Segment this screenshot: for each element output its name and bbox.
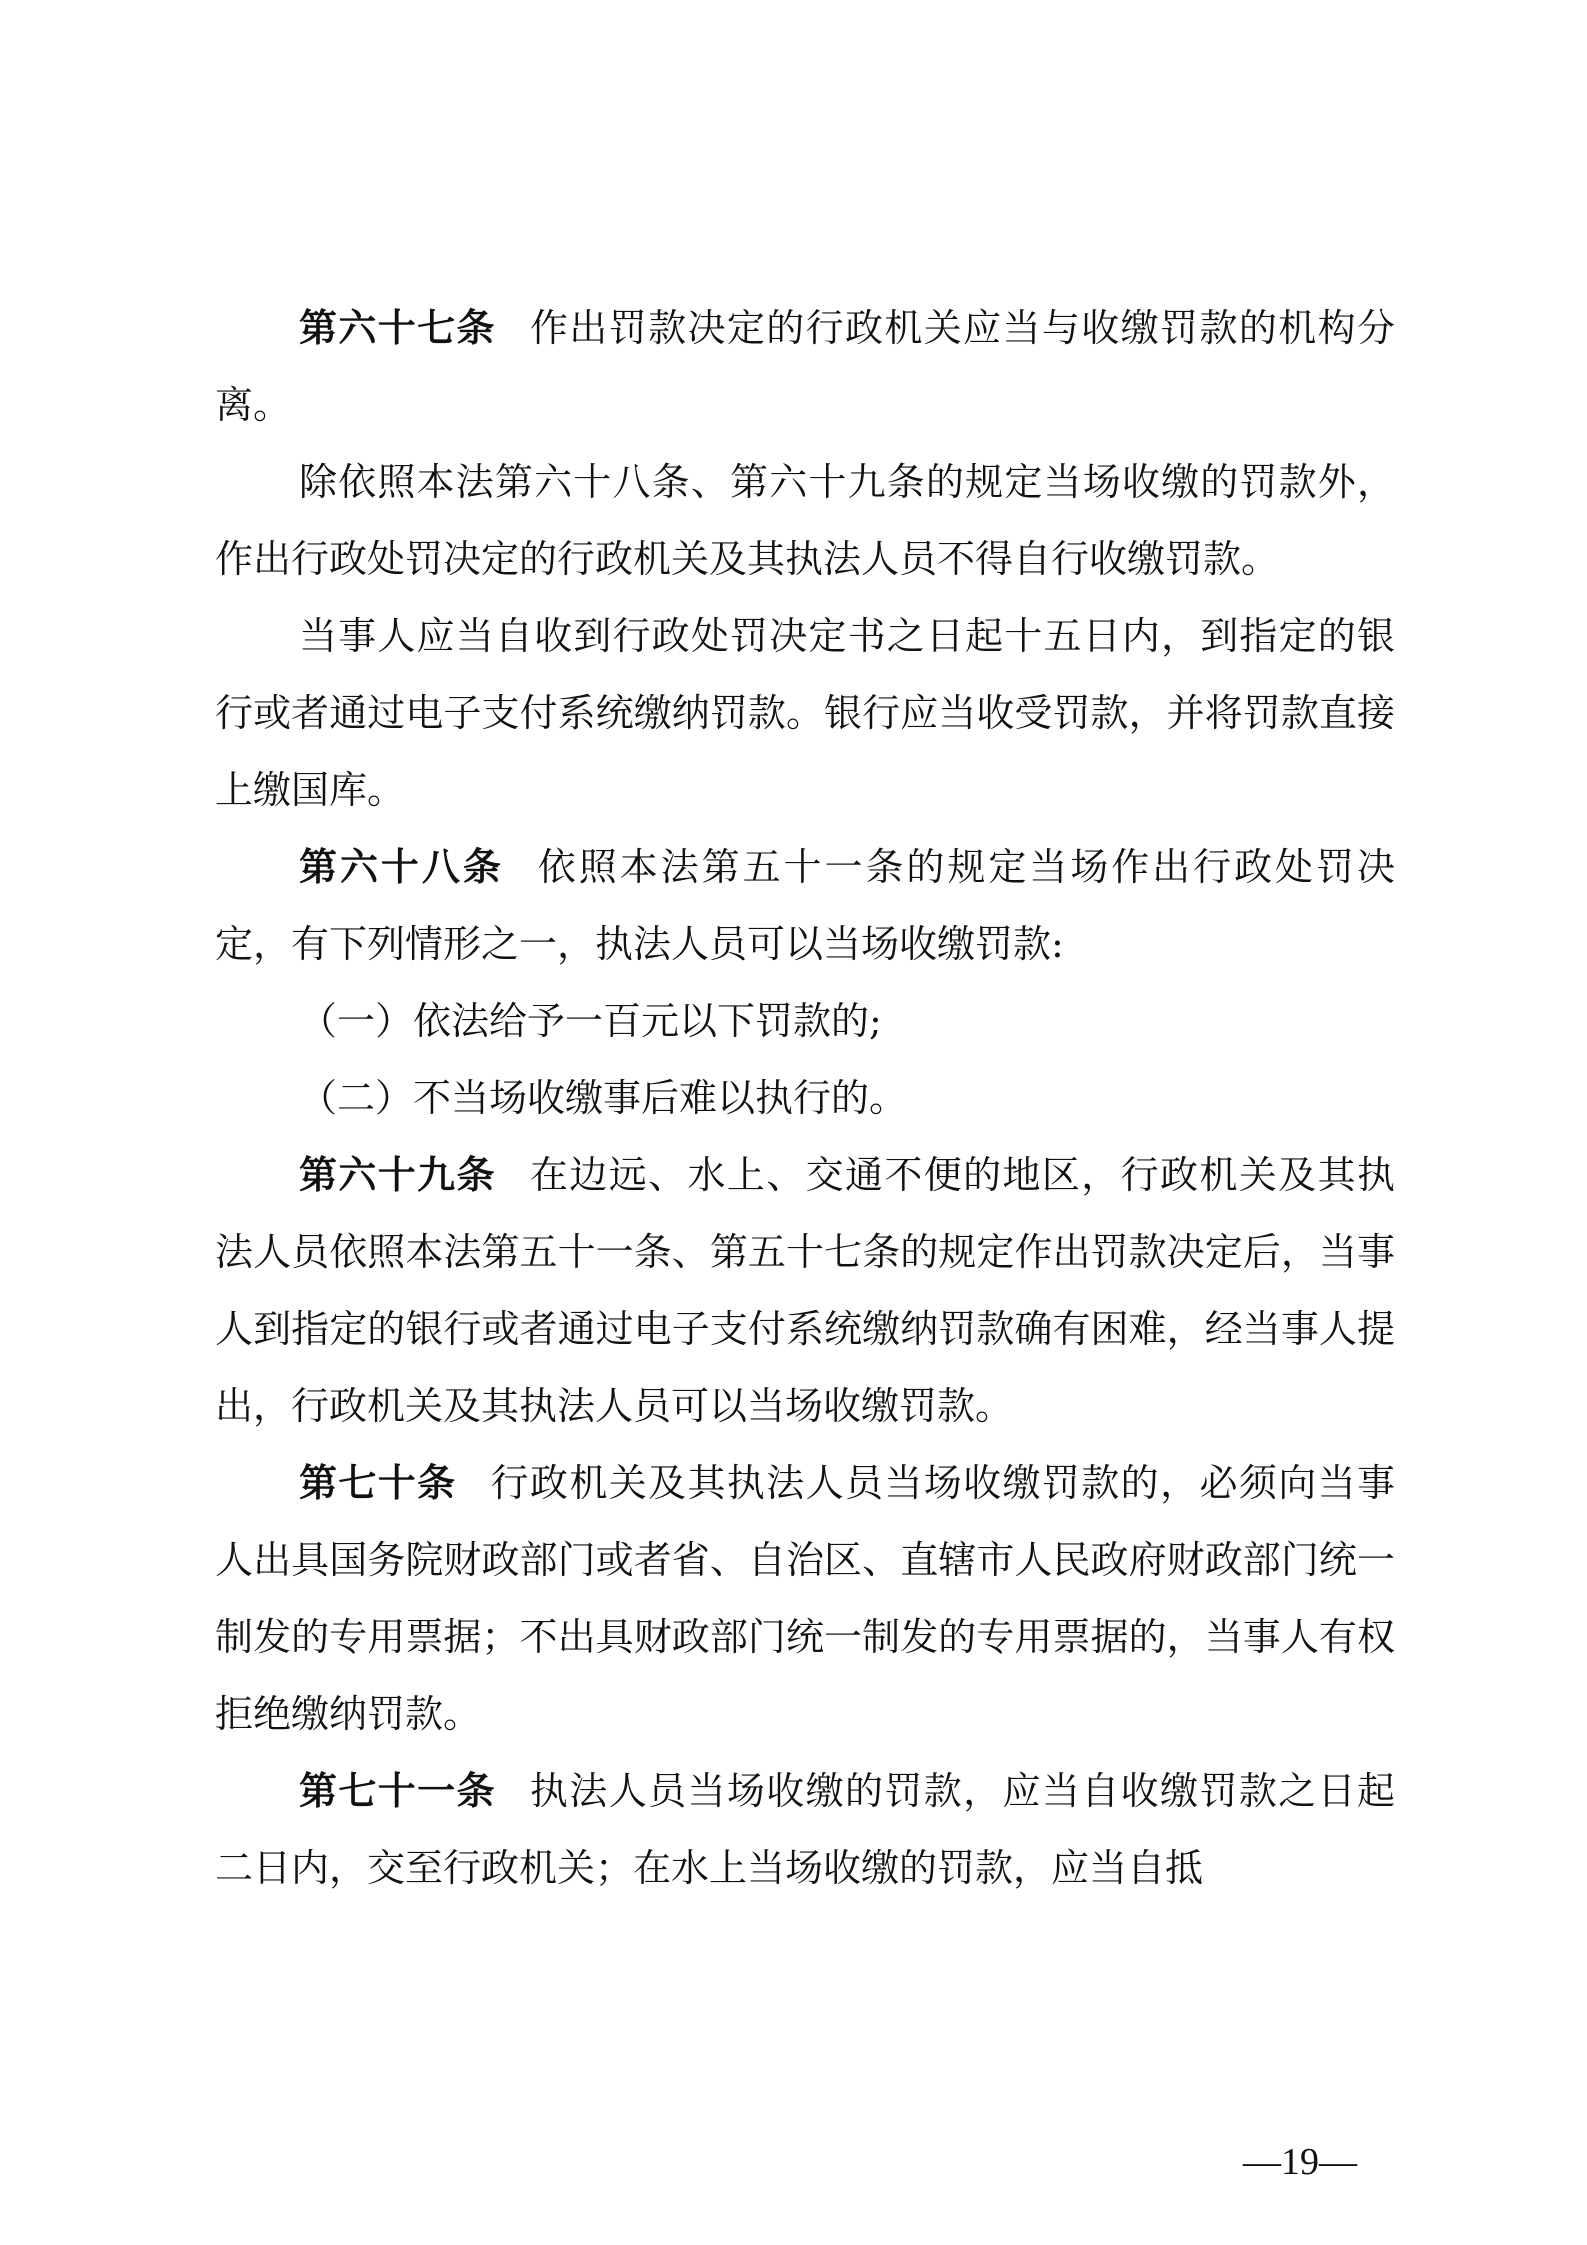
paragraph: 当事人应当自收到行政处罚决定书之日起十五日内，到指定的银行或者通过电子支付系统缴…	[215, 598, 1395, 829]
article-heading: 第六十八条	[299, 845, 504, 889]
article-heading: 第七十一条	[299, 1769, 496, 1813]
document-body: 第六十七条作出罚款决定的行政机关应当与收缴罚款的机构分离。 除依照本法第六十八条…	[215, 290, 1395, 1907]
article-67: 第六十七条作出罚款决定的行政机关应当与收缴罚款的机构分离。	[215, 290, 1395, 444]
list-item: （二）不当场收缴事后难以执行的。	[215, 1060, 1395, 1137]
article-heading: 第七十条	[299, 1461, 457, 1505]
article-heading: 第六十九条	[299, 1153, 496, 1197]
article-69: 第六十九条在边远、水上、交通不便的地区，行政机关及其执法人员依照本法第五十一条、…	[215, 1137, 1395, 1445]
article-heading: 第六十七条	[299, 306, 496, 350]
page-number: —19—	[1230, 2140, 1370, 2184]
article-70: 第七十条行政机关及其执法人员当场收缴罚款的，必须向当事人出具国务院财政部门或者省…	[215, 1445, 1395, 1753]
list-item: （一）依法给予一百元以下罚款的;	[215, 983, 1395, 1060]
article-68: 第六十八条依照本法第五十一条的规定当场作出行政处罚决定，有下列情形之一，执法人员…	[215, 829, 1395, 983]
article-71: 第七十一条执法人员当场收缴的罚款，应当自收缴罚款之日起二日内，交至行政机关；在水…	[215, 1753, 1395, 1907]
paragraph: 除依照本法第六十八条、第六十九条的规定当场收缴的罚款外，作出行政处罚决定的行政机…	[215, 444, 1395, 598]
